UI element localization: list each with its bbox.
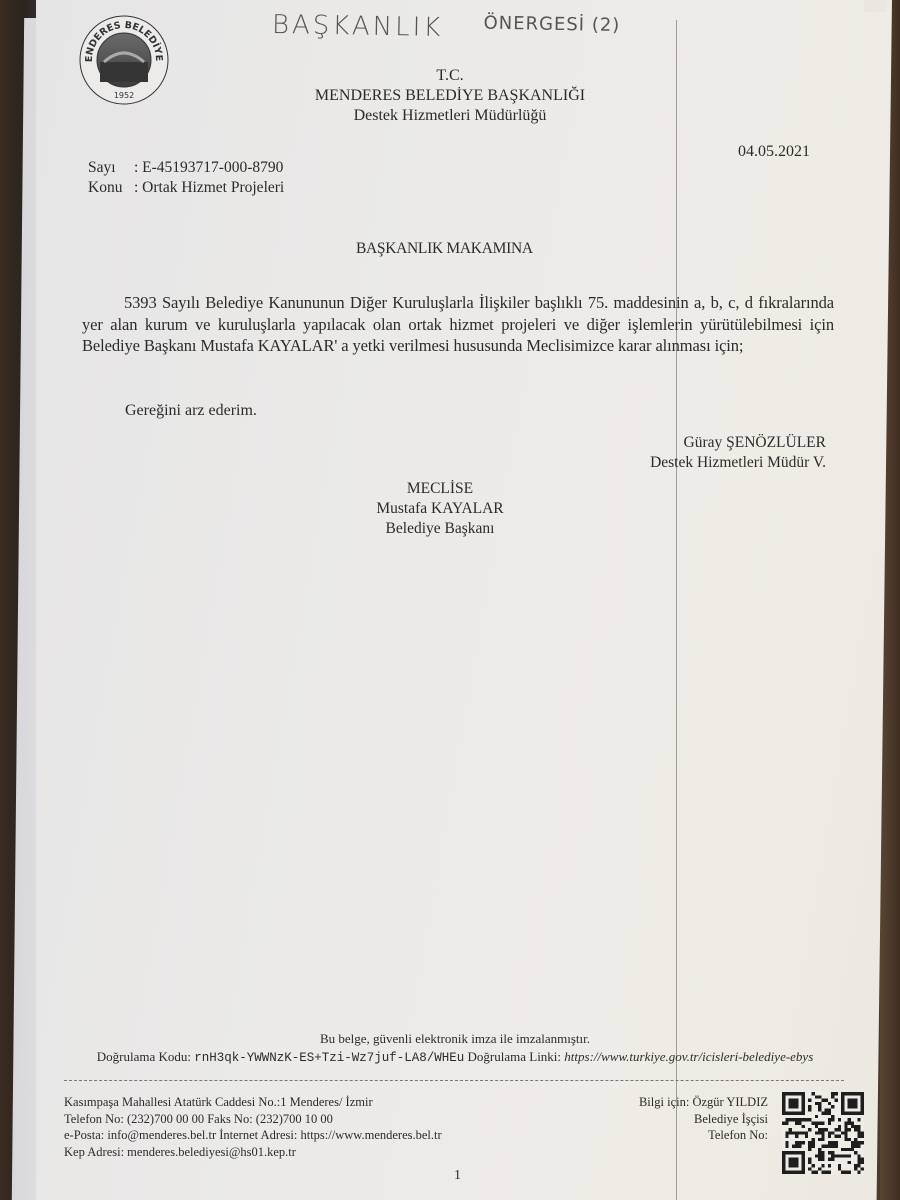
svg-text:1952: 1952 [114,91,134,100]
qr-code-icon [782,1092,864,1174]
footer-kep: Kep Adresi: menderes.belediyesi@hs01.kep… [64,1144,442,1161]
mayor-title: Belediye Başkanı [360,519,520,539]
footer-phone: Telefon No: (232)700 00 00 Faks No: (232… [64,1111,442,1128]
e-signature-block: Bu belge, güvenli elektronik imza ile im… [60,1030,850,1067]
subject-value: : Ortak Hizmet Projeleri [134,178,284,198]
letterhead-institution: MENDERES BELEDİYE BAŞKANLIĞI [300,86,600,106]
paper-edge [864,0,886,12]
mayor-name: Mustafa KAYALAR [360,499,520,519]
footer-address: Kasımpaşa Mahallesi Atatürk Caddesi No.:… [64,1094,442,1111]
closing-line: Gereğini arz ederim. [125,402,257,420]
mayor-line1: MECLİSE [360,479,520,499]
info-person: Bilgi için: Özgür YILDIZ [630,1094,768,1111]
document-meta: Sayı : E-45193717-000-8790 Konu : Ortak … [88,158,284,198]
fold-line [676,20,677,1200]
letterhead-department: Destek Hizmetleri Müdürlüğü [300,106,600,126]
e-signature-note: Bu belge, güvenli elektronik imza ile im… [60,1030,850,1048]
footer-contact: Kasımpaşa Mahallesi Atatürk Caddesi No.:… [64,1094,442,1160]
web-link[interactable]: https://www.menderes.bel.tr [300,1128,441,1142]
verification-link-label: Doğrulama Linki: [468,1049,562,1064]
web-label: İnternet Adresi: [219,1128,297,1142]
director-title: Destek Hizmetleri Müdür V. [626,453,826,473]
info-role: Belediye İşçisi [630,1111,768,1128]
letterhead-tc: T.C. [300,66,600,86]
letterhead: T.C. MENDERES BELEDİYE BAŞKANLIĞI Destek… [300,66,600,126]
verification-code: rnH3qk-YWWNzK-ES+Tzi-Wz7juf-LA8/WHEu [194,1051,464,1065]
handwritten-main: BAŞKANLIK [272,10,444,43]
handwritten-note: BAŞKANLIK ÖNERGESİ (2) [272,9,621,46]
verification-line: Doğrulama Kodu: rnH3qk-YWWNzK-ES+Tzi-Wz7… [60,1048,850,1067]
director-signature: Güray ŞENÖZLÜLER Destek Hizmetleri Müdür… [626,433,826,473]
footer-email-web: e-Posta: info@menderes.bel.tr İnternet A… [64,1127,442,1144]
verification-link[interactable]: https://www.turkiye.gov.tr/icisleri-bele… [564,1049,813,1064]
subject-label: Konu [88,178,134,198]
page-number: 1 [454,1168,461,1184]
number-label: Sayı [88,158,134,178]
handwritten-suffix: ÖNERGESİ (2) [483,13,620,36]
verification-code-label: Doğrulama Kodu: [97,1049,191,1064]
footer-divider [64,1080,844,1081]
meta-subject-row: Konu : Ortak Hizmet Projeleri [88,178,284,198]
municipality-logo-icon: MENDERES BELEDİYESİ 1952 [78,14,170,106]
mayor-signature: MECLİSE Mustafa KAYALAR Belediye Başkanı [360,479,520,539]
info-contact: Bilgi için: Özgür YILDIZ Belediye İşçisi… [630,1094,768,1144]
document-date: 04.05.2021 [738,143,810,161]
addressee: BAŞKANLIK MAKAMINA [356,240,533,258]
email-link[interactable]: info@menderes.bel.tr [107,1128,216,1142]
number-value: : E-45193717-000-8790 [134,158,283,178]
info-phone: Telefon No: [630,1127,768,1144]
email-label: e-Posta: [64,1128,104,1142]
meta-number-row: Sayı : E-45193717-000-8790 [88,158,284,178]
director-name: Güray ŞENÖZLÜLER [626,433,826,453]
body-paragraph: 5393 Sayılı Belediye Kanununun Diğer Kur… [82,292,834,357]
